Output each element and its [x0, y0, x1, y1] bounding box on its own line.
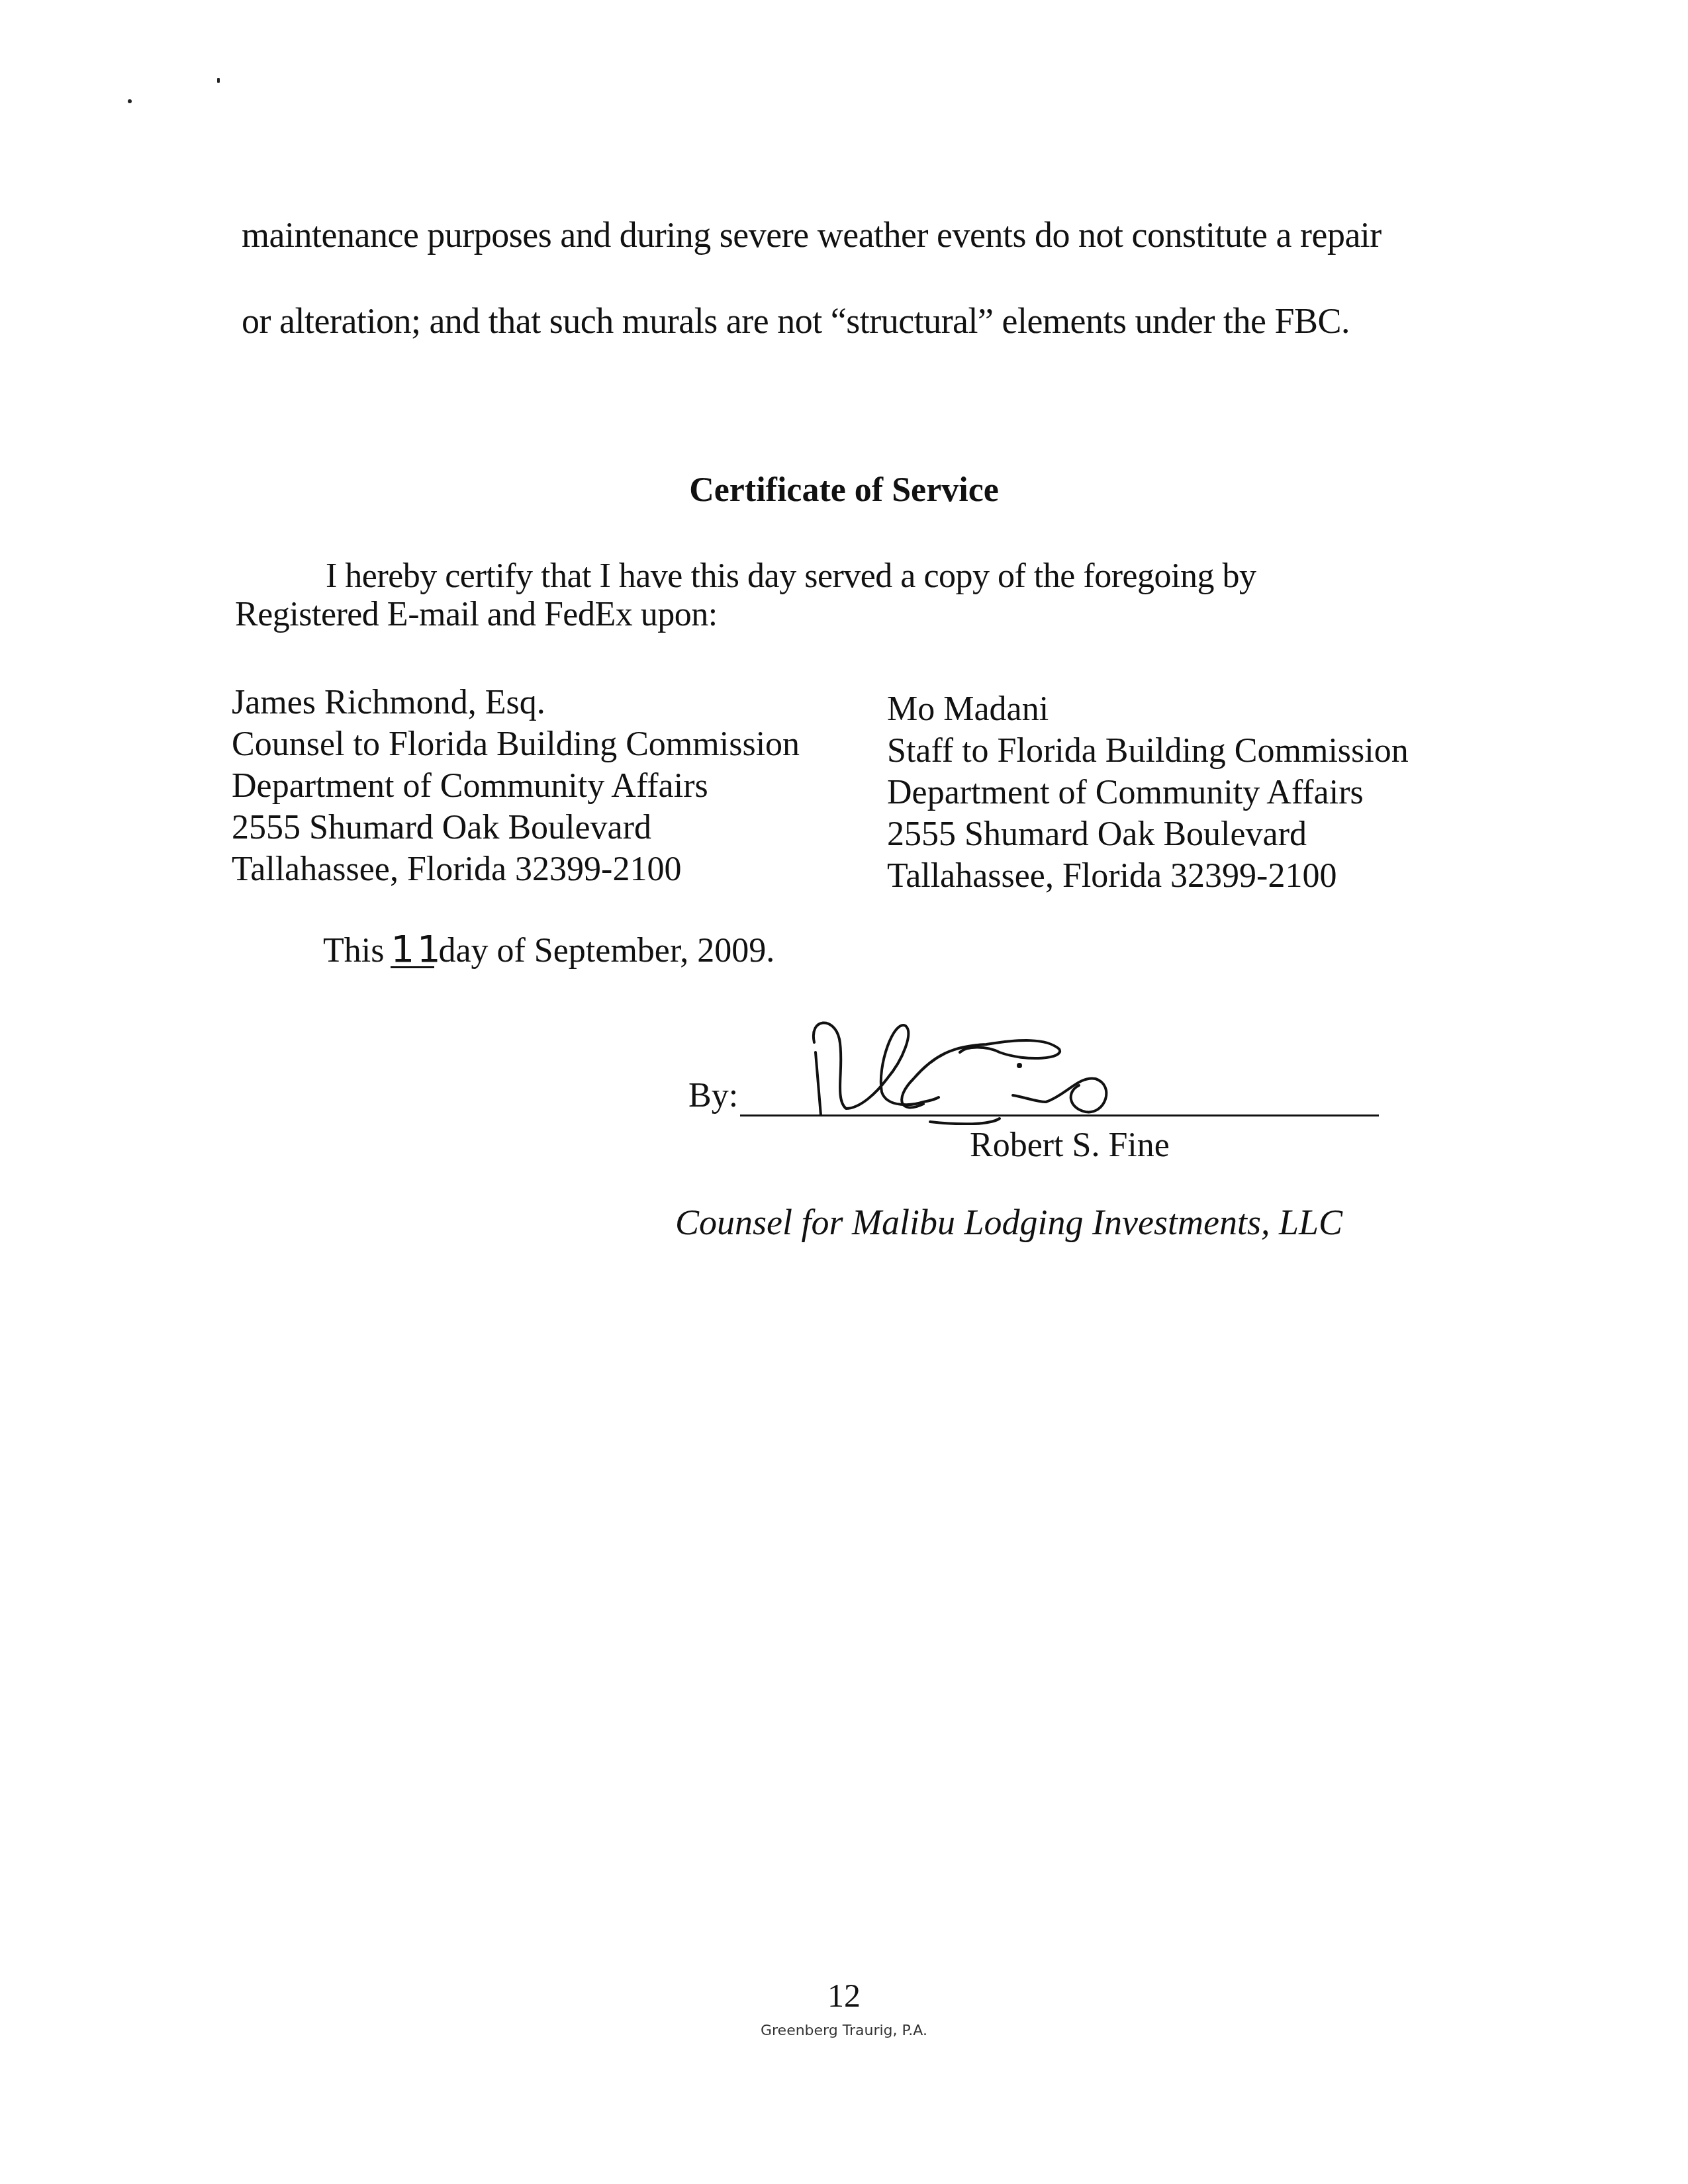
recipient-title: Counsel to Florida Building Commission: [232, 723, 800, 765]
certificate-title: Certificate of Service: [0, 473, 1688, 508]
recipient-name: Mo Madani: [887, 688, 1409, 730]
body-text-line: maintenance purposes and during severe w…: [242, 217, 1382, 253]
recipient-name: James Richmond, Esq.: [232, 682, 800, 723]
handwritten-day: 11: [391, 933, 434, 968]
date-suffix: day of September, 2009.: [438, 932, 774, 970]
recipient-department: Department of Community Affairs: [887, 772, 1409, 813]
recipient-city: Tallahassee, Florida 32399-2100: [232, 848, 800, 890]
counsel-for: Counsel for Malibu Lodging Investments, …: [675, 1205, 1342, 1240]
scan-speck: [128, 99, 132, 103]
recipient-city: Tallahassee, Florida 32399-2100: [887, 855, 1409, 897]
handwritten-signature-icon: [735, 1019, 1238, 1125]
recipient-address-block: Mo Madani Staff to Florida Building Comm…: [887, 688, 1409, 897]
page-number: 12: [0, 1979, 1688, 2012]
footer-firm-name: Greenberg Traurig, P.A.: [0, 2024, 1688, 2038]
recipient-department: Department of Community Affairs: [232, 765, 800, 807]
service-date-line: This11day of September, 2009.: [323, 933, 774, 968]
recipient-street: 2555 Shumard Oak Boulevard: [232, 807, 800, 848]
recipient-address-block: James Richmond, Esq. Counsel to Florida …: [232, 682, 800, 890]
by-label: By:: [688, 1079, 738, 1113]
certificate-statement: Registered E-mail and FedEx upon:: [235, 598, 718, 632]
scan-speck: [217, 78, 220, 83]
signer-name: Robert S. Fine: [970, 1128, 1170, 1163]
date-prefix: This: [323, 932, 384, 970]
certificate-statement: I hereby certify that I have this day se…: [326, 559, 1256, 594]
body-text-line: or alteration; and that such murals are …: [242, 303, 1350, 339]
recipient-street: 2555 Shumard Oak Boulevard: [887, 813, 1409, 855]
recipient-title: Staff to Florida Building Commission: [887, 730, 1409, 772]
